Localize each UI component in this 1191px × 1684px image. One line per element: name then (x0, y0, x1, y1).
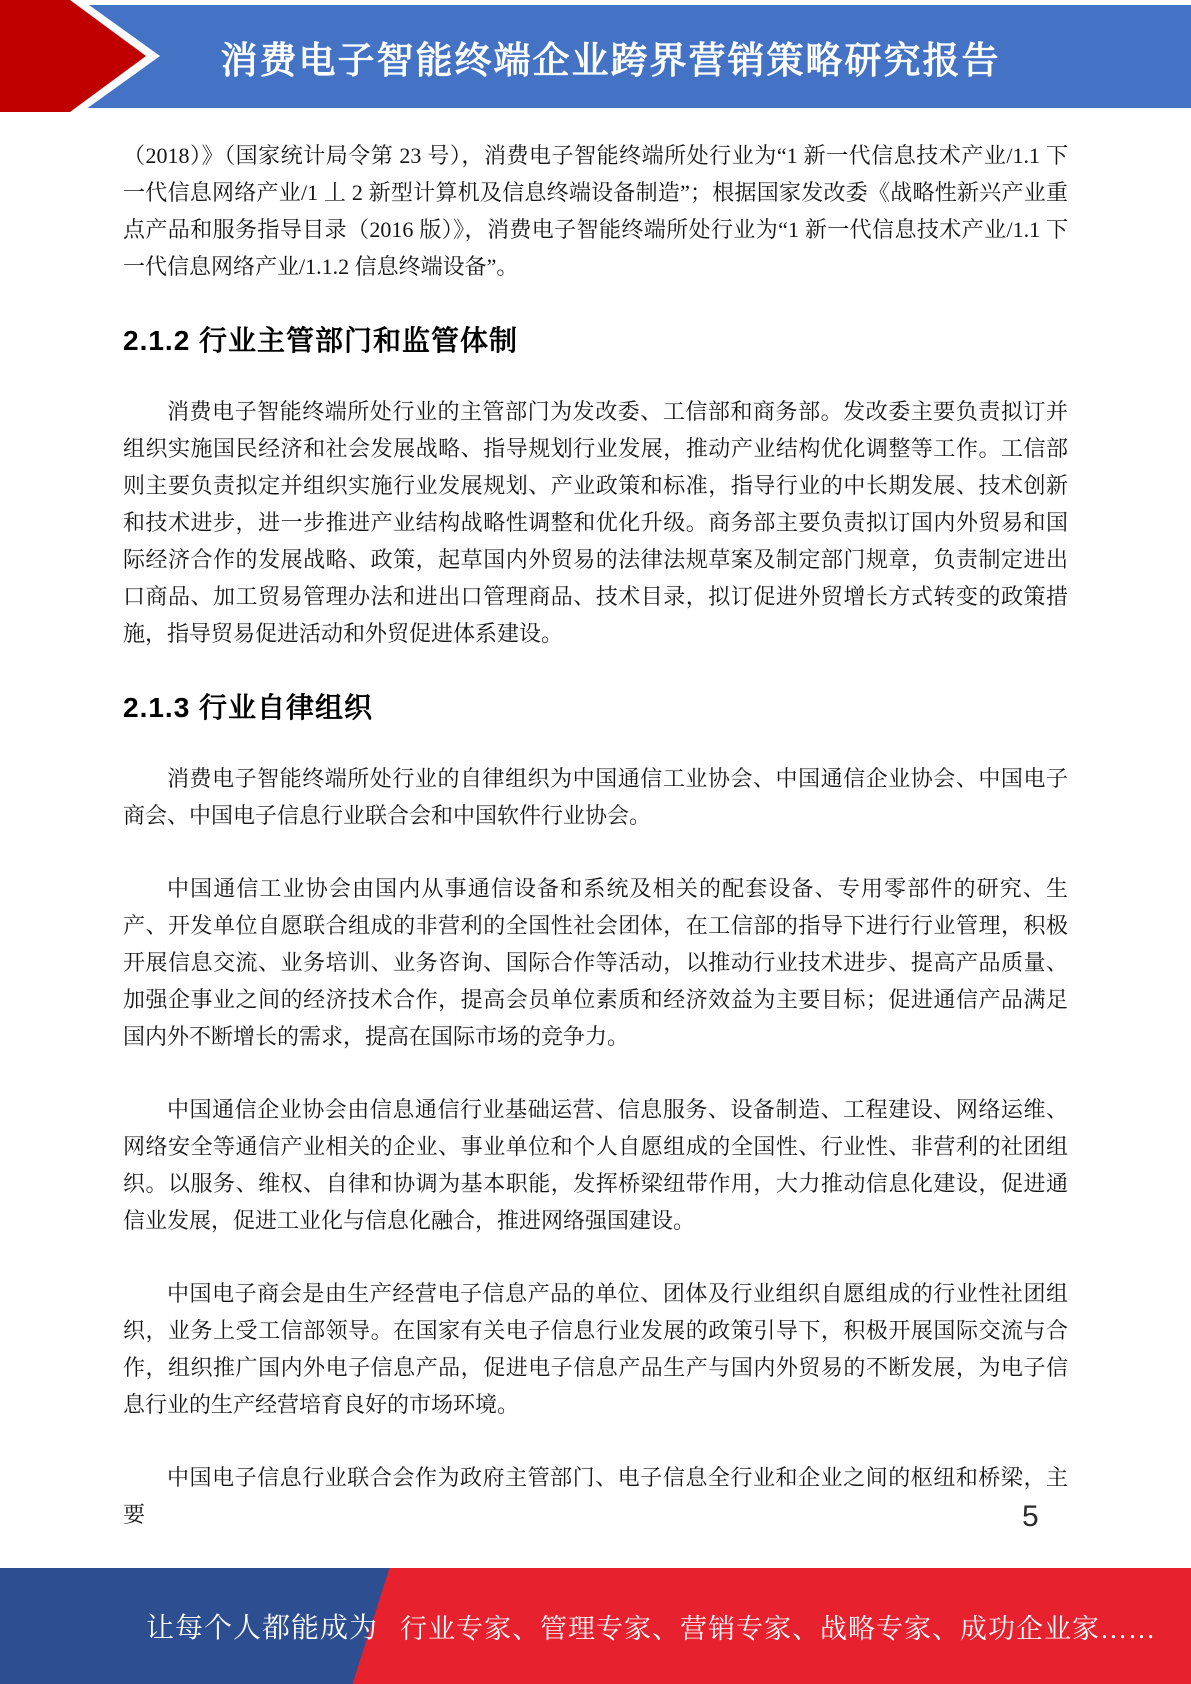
page-header: 消费电子智能终端企业跨界营销策略研究报告 (0, 0, 1191, 112)
section-heading-2-1-3: 2.1.3 行业自律组织 (123, 688, 1068, 728)
paragraph-intro: （2018）》（国家统计局令第 23 号），消费电子智能终端所处行业为“1 新一… (123, 137, 1068, 285)
footer-slogan-right: 行业专家、管理专家、营销专家、战略专家、成功企业家…… (400, 1568, 1156, 1684)
paragraph-communication-enterprise-assoc: 中国通信企业协会由信息通信行业基础运营、信息服务、设备制造、工程建设、网络运维、… (123, 1091, 1068, 1239)
paragraph-self-regulation-orgs: 消费电子智能终端所处行业的自律组织为中国通信工业协会、中国通信企业协会、中国电子… (123, 760, 1068, 834)
section-heading-2-1-2: 2.1.2 行业主管部门和监管体制 (123, 321, 1068, 361)
paragraph-communication-industry-assoc: 中国通信工业协会由国内从事通信设备和系统及相关的配套设备、专用零部件的研究、生产… (123, 870, 1068, 1055)
paragraph-supervision: 消费电子智能终端所处行业的主管部门为发改委、工信部和商务部。发改委主要负责拟订并… (123, 393, 1068, 652)
paragraph-electronics-federation: 中国电子信息行业联合会作为政府主管部门、电子信息全行业和企业之间的枢纽和桥梁，主… (123, 1459, 1068, 1533)
page-content: （2018）》（国家统计局令第 23 号），消费电子智能终端所处行业为“1 新一… (123, 137, 1068, 1533)
report-title: 消费电子智能终端企业跨界营销策略研究报告 (0, 5, 1191, 108)
report-page: 消费电子智能终端企业跨界营销策略研究报告 （2018）》（国家统计局令第 23 … (0, 0, 1191, 1684)
paragraph-electronics-chamber: 中国电子商会是由生产经营电子信息产品的单位、团体及行业组织自愿组成的行业性社团组… (123, 1275, 1068, 1423)
page-number: 5 (1022, 1500, 1039, 1534)
footer-slogan-left: 让每个人都能成为 (146, 1568, 378, 1684)
page-footer: 让每个人都能成为 行业专家、管理专家、营销专家、战略专家、成功企业家…… (0, 1568, 1191, 1684)
